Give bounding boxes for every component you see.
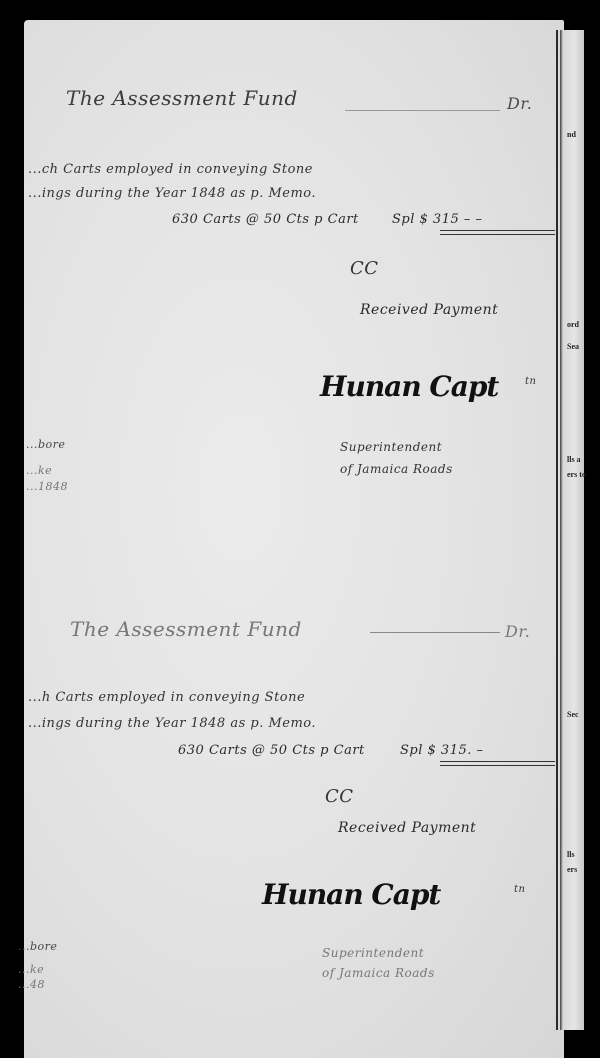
entry-line-2: ...ings during the Year 1848 as p. Memo. [28,716,316,731]
adjacent-fragment: lls a [567,455,581,464]
adjacent-fragment: ers to [567,470,586,479]
signature-suffix: tn [525,376,536,387]
adjacent-fragment: Sec [567,710,579,719]
signature: Hunan Capt [320,370,498,403]
adjacent-fragment: Sea [567,342,579,351]
received-payment: Received Payment [360,302,498,318]
margin-note: ...bore [18,940,57,953]
margin-note: ...ke [18,963,44,976]
entry-line-2: ...ings during the Year 1848 as p. Memo. [28,186,316,201]
adjacent-fragment: ord [567,320,579,329]
entry-line-1: ...ch Carts employed in conveying Stone [28,162,313,177]
adjacent-page-strip: nd ord Sea lls a ers to Sec lls ers [560,30,584,1030]
cc-mark: CC [325,786,354,807]
entry-heading: The Assessment Fund [70,617,302,641]
role-department: of Jamaica Roads [340,462,453,476]
entry-amount: Spl $ 315. – [400,743,484,758]
adjacent-fragment: nd [567,130,576,139]
margin-note: ...bore [26,438,65,451]
amount-underline [440,230,555,235]
margin-note: ...1848 [26,480,68,493]
cc-mark: CC [350,258,379,279]
debit-label: Dr. [507,94,532,113]
role-title: Superintendent [340,440,442,454]
margin-note: ...ke [26,464,52,477]
heading-rule [370,632,500,633]
received-payment: Received Payment [338,820,476,836]
margin-note: ...48 [18,978,45,991]
entry-amount: Spl $ 315 – – [392,212,483,227]
entry-heading: The Assessment Fund [66,86,298,110]
debit-label: Dr. [505,622,530,641]
entry-computation: 630 Carts @ 50 Cts p Cart [172,212,359,227]
signature: Hunan Capt [262,878,440,911]
entry-computation: 630 Carts @ 50 Cts p Cart [178,743,365,758]
adjacent-fragment: ers [567,865,577,874]
signature-suffix: tn [514,884,525,895]
page-fold-line [556,30,558,1030]
role-title: Superintendent [322,946,424,960]
amount-underline [440,761,555,766]
adjacent-fragment: lls [567,850,575,859]
heading-rule [345,110,500,111]
role-department: of Jamaica Roads [322,966,435,980]
entry-line-1: ...h Carts employed in conveying Stone [28,690,305,705]
